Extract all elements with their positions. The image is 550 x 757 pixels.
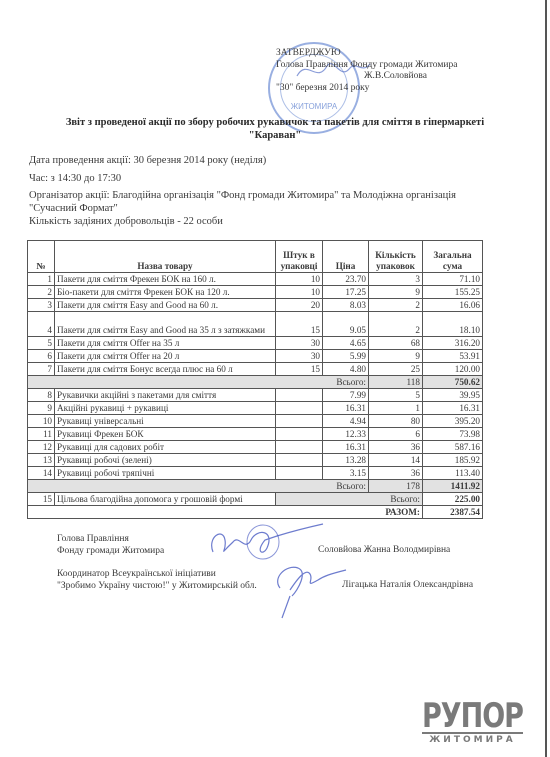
item-name: Рукавиці для садових робіт	[55, 441, 276, 454]
item-pcs-per-pack: 30	[276, 350, 323, 363]
item-price: 7.99	[323, 389, 369, 402]
signatory2-line2: "Зробимо Україну чистою!" у Житомирській…	[57, 580, 257, 592]
signature1-icon	[205, 522, 325, 562]
item-price: 16.31	[323, 441, 369, 454]
item-price: 3.15	[323, 467, 369, 480]
table-row: 11Рукавиці Фрекен БОК12.33673.98	[28, 428, 483, 441]
approval-position: Голова Правління Фонду громади Житомира	[276, 60, 457, 72]
stamp-text: ЖИТОМИРА	[270, 102, 358, 111]
table-row: 7Пакети для сміття Бонус всегда плюс на …	[28, 363, 483, 376]
item-pack-qty: 6	[369, 428, 423, 441]
event-organizer-line2: "Сучасний Формат"	[29, 202, 118, 215]
grand-total-label: РАЗОМ:	[28, 506, 423, 519]
approval-heading: ЗАТВЕРДЖУЮ	[276, 48, 457, 60]
event-date: Дата проведення акції: 30 березня 2014 р…	[29, 154, 266, 167]
event-time: Час: з 14:30 до 17:30	[29, 172, 121, 185]
col-header-name: Назва товару	[55, 241, 276, 273]
logo-title: РУПОР	[422, 700, 523, 734]
group1-total-row: Всього: 118 750.62	[28, 376, 483, 389]
col-header-qty: Кількість упаковок	[369, 241, 423, 273]
item-price: 5.99	[323, 350, 369, 363]
item-pack-qty: 25	[369, 363, 423, 376]
row-number: 7	[28, 363, 55, 376]
page-edge	[545, 0, 547, 757]
row15-label: Всього:	[276, 493, 423, 506]
item-pcs-per-pack	[276, 402, 323, 415]
item-total: 18.10	[423, 312, 483, 337]
table-row: 13Рукавиці робочі (зелені)13.2814185.92	[28, 454, 483, 467]
table-row-15: 15 Цільова благодійна допомога у грошові…	[28, 493, 483, 506]
table-row: 2Біо-пакети для сміття Фрекен БОК на 120…	[28, 286, 483, 299]
item-total: 395.20	[423, 415, 483, 428]
item-name: Біо-пакети для сміття Фрекен БОК на 120 …	[55, 286, 276, 299]
item-total: 73.98	[423, 428, 483, 441]
group2-total-sum: 1411.92	[423, 480, 483, 493]
item-pack-qty: 80	[369, 415, 423, 428]
item-pcs-per-pack: 20	[276, 299, 323, 312]
group2-total-label: Всього:	[28, 480, 369, 493]
item-name: Рукавиці універсальні	[55, 415, 276, 428]
item-pack-qty: 5	[369, 389, 423, 402]
item-pack-qty: 14	[369, 454, 423, 467]
table-row: 14Рукавиці робочі тряпічні3.1536113.40	[28, 467, 483, 480]
row15-no: 15	[28, 493, 55, 506]
row-number: 3	[28, 299, 55, 312]
col-header-price: Ціна	[323, 241, 369, 273]
item-pcs-per-pack: 10	[276, 273, 323, 286]
item-price: 12.33	[323, 428, 369, 441]
item-total: 316.20	[423, 337, 483, 350]
item-total: 587.16	[423, 441, 483, 454]
table-row: 10Рукавиці універсальні4.9480395.20	[28, 415, 483, 428]
grand-total-sum: 2387.54	[423, 506, 483, 519]
table-row: 5Пакети для сміття Offer на 35 л304.6568…	[28, 337, 483, 350]
item-name: Пакети для сміття Фрекен БОК на 160 л.	[55, 273, 276, 286]
item-name: Пакети для сміття Бонус всегда плюс на 6…	[55, 363, 276, 376]
item-pack-qty: 68	[369, 337, 423, 350]
row15-name: Цільова благодійна допомога у грошовій ф…	[55, 493, 276, 506]
row-number: 4	[28, 312, 55, 337]
row-number: 8	[28, 389, 55, 402]
report-title-line1: Звіт з проведеної акції по збору робочих…	[40, 116, 510, 129]
row15-sum: 225.00	[423, 493, 483, 506]
group2-total-qty: 178	[369, 480, 423, 493]
group1-total-label: Всього:	[28, 376, 369, 389]
item-total: 120.00	[423, 363, 483, 376]
item-name: Рукавички акційні з пакетами для сміття	[55, 389, 276, 402]
approval-block: ЗАТВЕРДЖУЮ Голова Правління Фонду громад…	[276, 48, 457, 94]
item-pcs-per-pack	[276, 389, 323, 402]
signatory2-name: Лігацька Наталія Олександрівна	[342, 580, 473, 590]
item-total: 16.06	[423, 299, 483, 312]
report-title-line2: "Караван"	[40, 129, 510, 142]
item-pack-qty: 3	[369, 273, 423, 286]
signature2-icon	[268, 560, 348, 620]
row-number: 5	[28, 337, 55, 350]
row-number: 1	[28, 273, 55, 286]
grand-total-row: РАЗОМ: 2387.54	[28, 506, 483, 519]
item-pcs-per-pack: 15	[276, 312, 323, 337]
table-row: 9Акційні рукавиці + рукавиці16.31116.31	[28, 402, 483, 415]
item-pcs-per-pack	[276, 415, 323, 428]
item-price: 4.80	[323, 363, 369, 376]
item-total: 155.25	[423, 286, 483, 299]
item-price: 17.25	[323, 286, 369, 299]
item-price: 4.65	[323, 337, 369, 350]
item-pack-qty: 36	[369, 441, 423, 454]
table-row: 8Рукавички акційні з пакетами для сміття…	[28, 389, 483, 402]
row-number: 10	[28, 415, 55, 428]
row-number: 2	[28, 286, 55, 299]
signatory1-line2: Фонду громади Житомира	[57, 545, 164, 557]
signatory1-line1: Голова Правління	[57, 533, 164, 545]
table-row: 12Рукавиці для садових робіт16.3136587.1…	[28, 441, 483, 454]
report-table: № Назва товару Штук в упаковці Ціна Кіль…	[27, 240, 483, 519]
col-header-sum: Загальна сума	[423, 241, 483, 273]
item-name: Рукавиці робочі (зелені)	[55, 454, 276, 467]
group1-total-sum: 750.62	[423, 376, 483, 389]
row-number: 14	[28, 467, 55, 480]
table-header-row: № Назва товару Штук в упаковці Ціна Кіль…	[28, 241, 483, 273]
event-organizer-line1: Організатор акції: Благодійна організаці…	[29, 189, 456, 202]
item-total: 16.31	[423, 402, 483, 415]
item-pack-qty: 36	[369, 467, 423, 480]
row-number: 9	[28, 402, 55, 415]
item-name: Пакети для сміття Easy and Good на 60 л.	[55, 299, 276, 312]
group2-total-row: Всього: 178 1411.92	[28, 480, 483, 493]
item-price: 13.28	[323, 454, 369, 467]
item-price: 9.05	[323, 312, 369, 337]
row-number: 12	[28, 441, 55, 454]
approval-date: "30" березня 2014 року	[276, 83, 457, 95]
item-pack-qty: 9	[369, 350, 423, 363]
signatory1-position: Голова Правління Фонду громади Житомира	[57, 533, 164, 557]
item-total: 185.92	[423, 454, 483, 467]
signatory2-position: Координатор Всеукраїнської ініціативи "З…	[57, 568, 257, 592]
item-name: Рукавиці робочі тряпічні	[55, 467, 276, 480]
volunteer-count: Кількість задіяних добровольців - 22 осо…	[29, 215, 223, 228]
item-pcs-per-pack: 15	[276, 363, 323, 376]
row-number: 13	[28, 454, 55, 467]
table-row: 4Пакети для сміття Easy and Good на 35 л…	[28, 312, 483, 337]
item-pcs-per-pack	[276, 454, 323, 467]
item-pcs-per-pack	[276, 467, 323, 480]
item-total: 53.91	[423, 350, 483, 363]
item-name: Акційні рукавиці + рукавиці	[55, 402, 276, 415]
table-row: 3Пакети для сміття Easy and Good на 60 л…	[28, 299, 483, 312]
row-number: 6	[28, 350, 55, 363]
item-pcs-per-pack: 10	[276, 286, 323, 299]
item-pcs-per-pack: 30	[276, 337, 323, 350]
item-price: 4.94	[323, 415, 369, 428]
signatory2-line1: Координатор Всеукраїнської ініціативи	[57, 568, 257, 580]
item-total: 71.10	[423, 273, 483, 286]
rupor-logo: РУПОР ЖИТОМИРА	[422, 703, 523, 745]
col-header-no: №	[28, 241, 55, 273]
item-price: 16.31	[323, 402, 369, 415]
item-pack-qty: 2	[369, 299, 423, 312]
item-total: 39.95	[423, 389, 483, 402]
item-name: Пакети для сміття Easy and Good на 35 л …	[55, 312, 276, 337]
item-price: 8.03	[323, 299, 369, 312]
report-title: Звіт з проведеної акції по збору робочих…	[40, 116, 510, 142]
table-row: 6Пакети для сміття Offer на 20 л305.9995…	[28, 350, 483, 363]
signatory1-name: Соловйова Жанна Володмирівна	[318, 545, 450, 555]
item-name: Пакети для сміття Offer на 35 л	[55, 337, 276, 350]
item-name: Рукавиці Фрекен БОК	[55, 428, 276, 441]
item-price: 23.70	[323, 273, 369, 286]
approval-signer: Ж.В.Соловйова	[276, 71, 457, 83]
item-pcs-per-pack	[276, 441, 323, 454]
item-pcs-per-pack	[276, 428, 323, 441]
item-pack-qty: 2	[369, 312, 423, 337]
table-row: 1Пакети для сміття Фрекен БОК на 160 л.1…	[28, 273, 483, 286]
group1-total-qty: 118	[369, 376, 423, 389]
item-pack-qty: 1	[369, 402, 423, 415]
col-header-pcs: Штук в упаковці	[276, 241, 323, 273]
row-number: 11	[28, 428, 55, 441]
item-total: 113.40	[423, 467, 483, 480]
item-pack-qty: 9	[369, 286, 423, 299]
item-name: Пакети для сміття Offer на 20 л	[55, 350, 276, 363]
